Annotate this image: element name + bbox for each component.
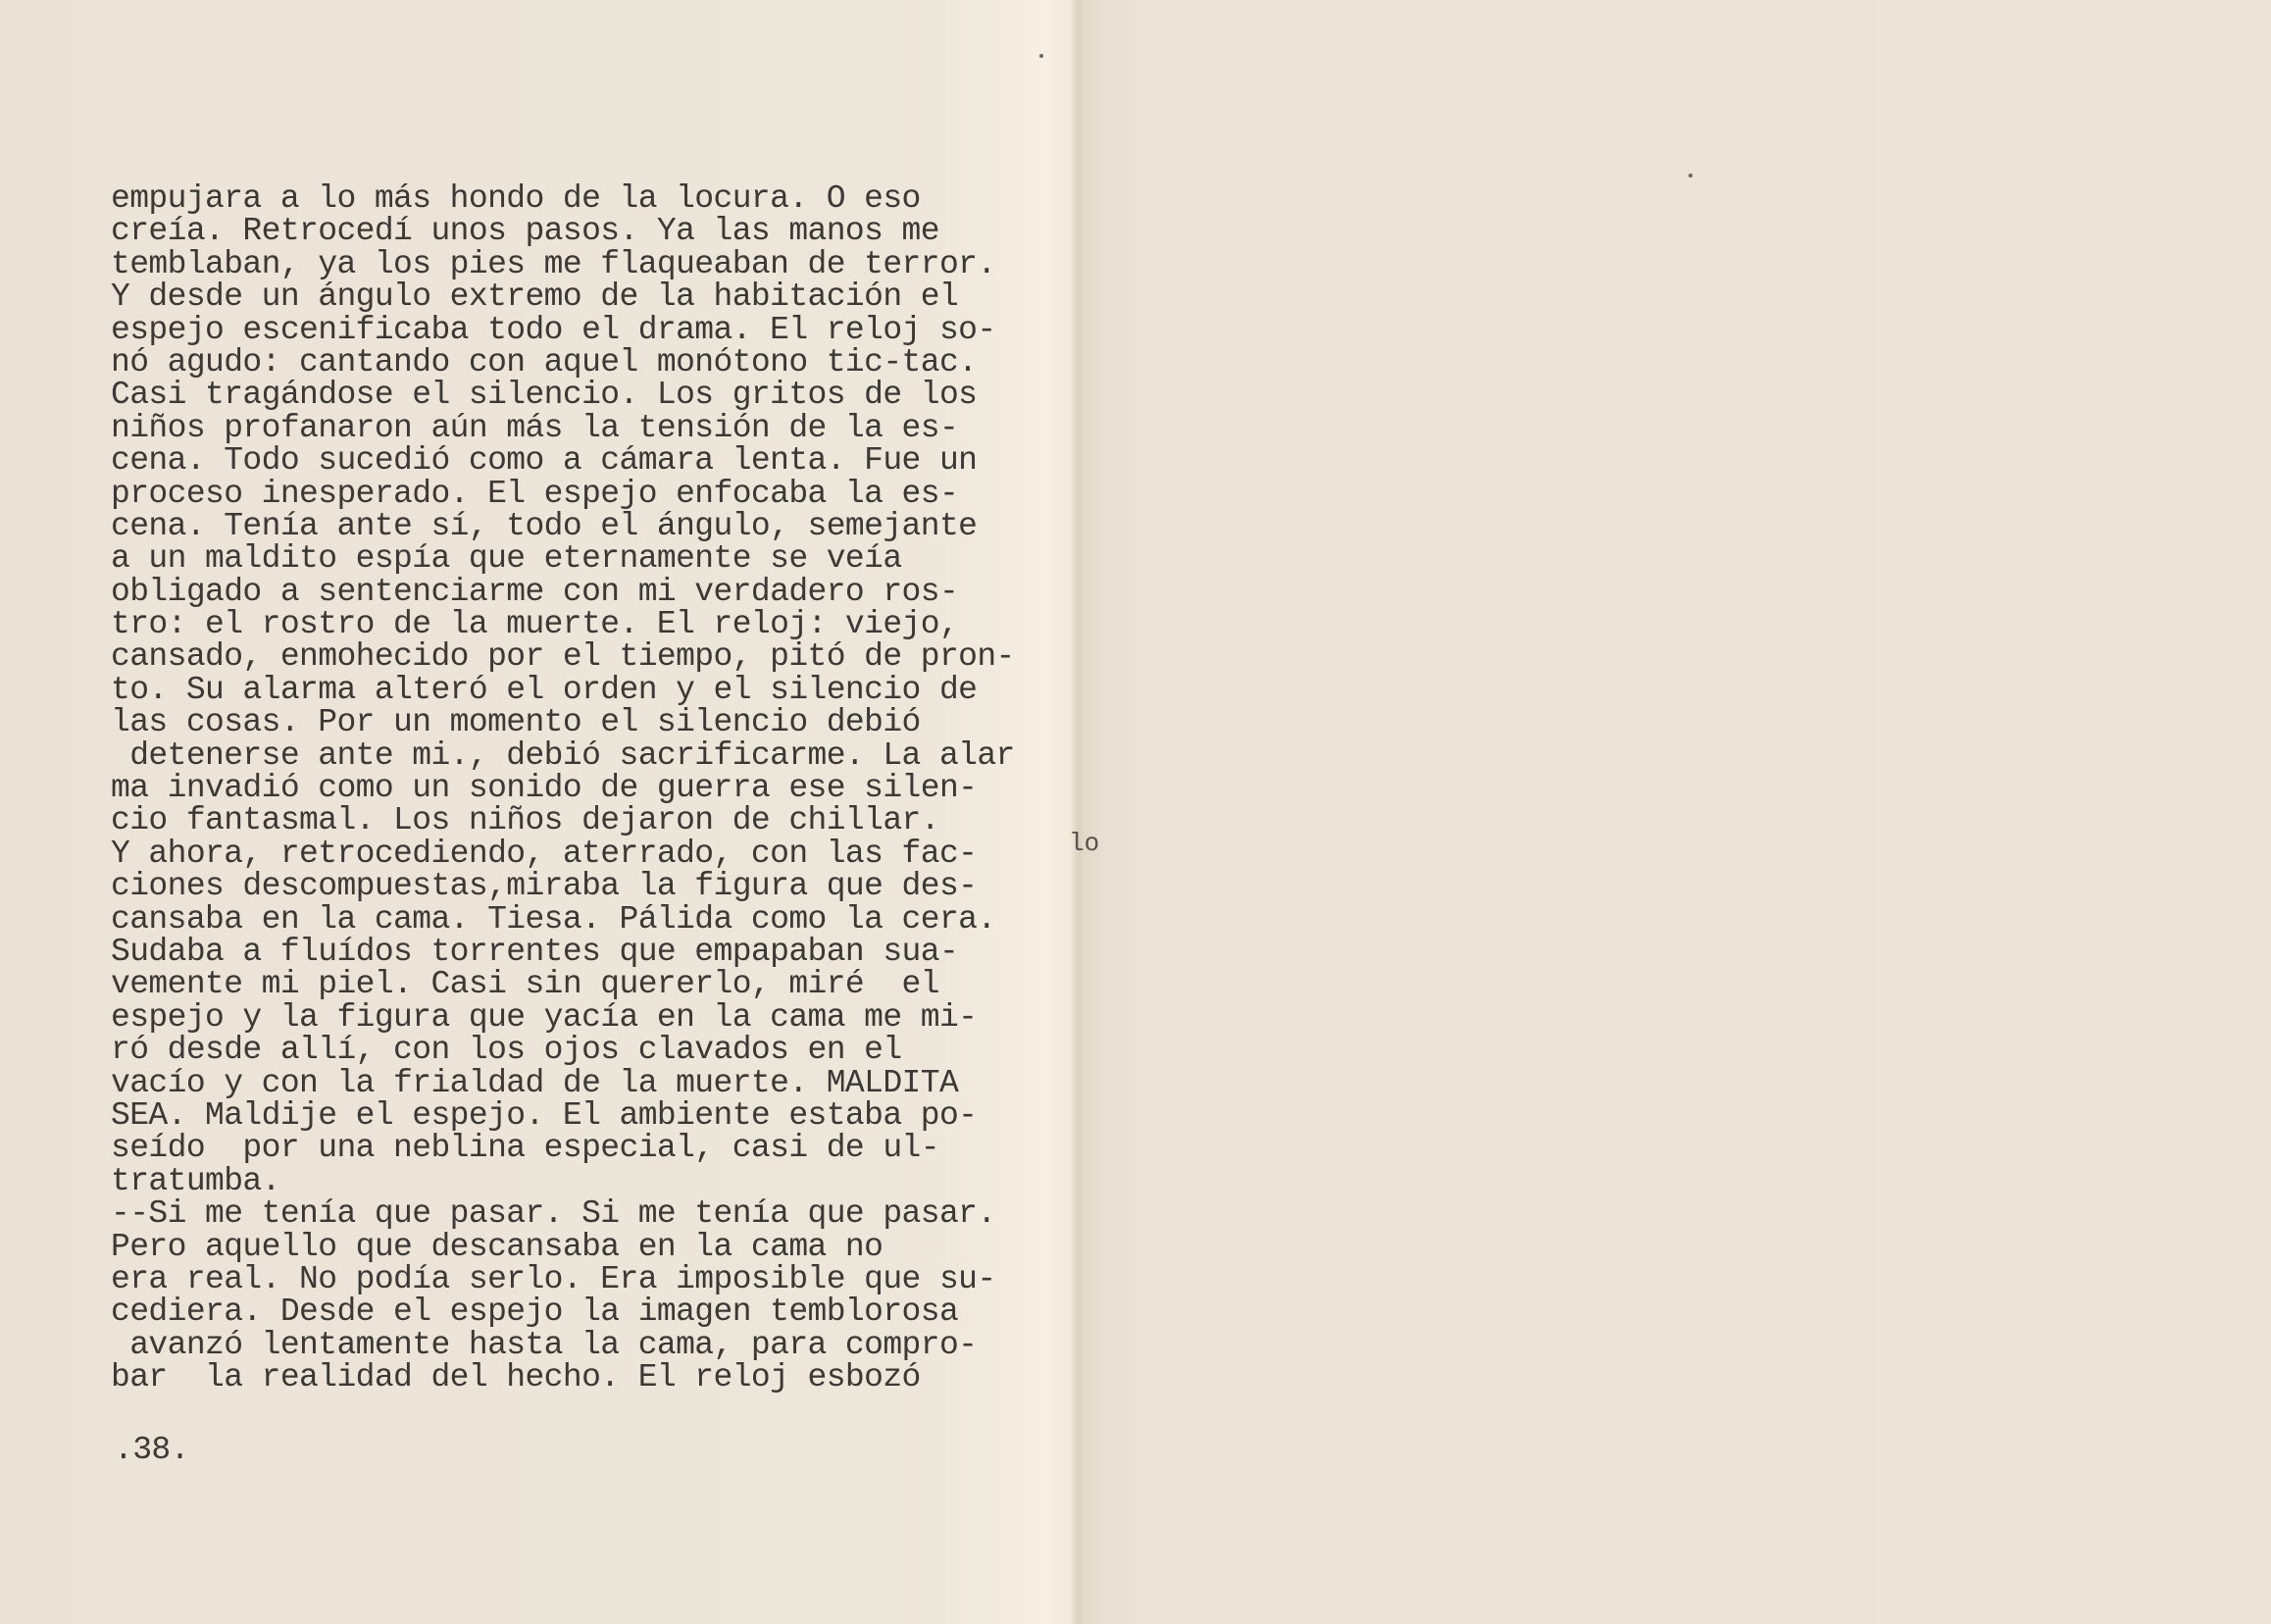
- text-line: cansado, enmohecido por el tiempo, pitó …: [111, 640, 1015, 673]
- left-page-text: empujara a lo más hondo de la locura. O …: [111, 182, 1015, 1394]
- text-line: cena. Todo sucedió como a cámara lenta. …: [111, 444, 1015, 477]
- text-line: cio fantasmal. Los niños dejaron de chil…: [111, 804, 1015, 837]
- book-gutter: [1071, 0, 1085, 1624]
- text-line: a un maldito espía que eternamente se ve…: [111, 542, 1015, 575]
- text-line: Y ahora, retrocediendo, aterrado, con la…: [111, 837, 1015, 870]
- text-line: SEA. Maldije el espejo. El ambiente esta…: [111, 1099, 1015, 1132]
- text-line: proceso inesperado. El espejo enfocaba l…: [111, 478, 1015, 510]
- text-line: Casi tragándose el silencio. Los gritos …: [111, 379, 1015, 411]
- page-number-left: .38.: [114, 1432, 189, 1468]
- text-line: ma invadió como un sonido de guerra ese …: [111, 772, 1015, 804]
- text-line: era real. No podía serlo. Era imposible …: [111, 1263, 1015, 1295]
- right-page: otro tic-tac, ya cansado, ya estropeado.…: [1079, 0, 2271, 1624]
- text-line: creía. Retrocedí unos pasos. Ya las mano…: [111, 215, 1015, 247]
- text-line: detenerse ante mi., debió sacrificarme. …: [111, 739, 1015, 772]
- text-line: Y desde un ángulo extremo de la habitaci…: [111, 280, 1015, 313]
- text-line: bar la realidad del hecho. El reloj esbo…: [111, 1361, 1015, 1394]
- text-line: cansaba en la cama. Tiesa. Pálida como l…: [111, 903, 1015, 936]
- text-line: Pero aquello que descansaba en la cama n…: [111, 1231, 1015, 1263]
- text-line: vemente mi piel. Casi sin quererlo, miré…: [111, 968, 1015, 1000]
- text-line: seído por una neblina especial, casi de …: [111, 1132, 1015, 1164]
- text-line: tratumba.: [111, 1165, 1015, 1197]
- text-line: ciones descompuestas,miraba la figura qu…: [111, 870, 1015, 902]
- text-line: ró desde allí, con los ojos clavados en …: [111, 1034, 1015, 1066]
- text-line: obligado a sentenciarme con mi verdadero…: [111, 576, 1015, 608]
- text-line: vacío y con la frialdad de la muerte. MA…: [111, 1067, 1015, 1099]
- text-line: espejo escenificaba todo el drama. El re…: [111, 314, 1015, 346]
- text-line: cena. Tenía ante sí, todo el ángulo, sem…: [111, 510, 1015, 542]
- text-line: to. Su alarma alteró el orden y el silen…: [111, 674, 1015, 706]
- gutter-note: lo: [1069, 829, 1099, 858]
- text-line: --Si me tenía que pasar. Si me tenía que…: [111, 1197, 1015, 1230]
- text-line: las cosas. Por un momento el silencio de…: [111, 706, 1015, 738]
- text-line: temblaban, ya los pies me flaqueaban de …: [111, 248, 1015, 280]
- text-line: nó agudo: cantando con aquel monótono ti…: [111, 346, 1015, 379]
- left-page: empujara a lo más hondo de la locura. O …: [0, 0, 1079, 1624]
- text-line: avanzó lentamente hasta la cama, para co…: [111, 1329, 1015, 1361]
- text-line: Sudaba a fluídos torrentes que empapaban…: [111, 936, 1015, 968]
- text-line: niños profanaron aún más la tensión de l…: [111, 412, 1015, 444]
- text-line: cediera. Desde el espejo la imagen tembl…: [111, 1295, 1015, 1328]
- text-line: empujara a lo más hondo de la locura. O …: [111, 182, 1015, 215]
- text-line: tro: el rostro de la muerte. El reloj: v…: [111, 608, 1015, 640]
- stray-mark: [1039, 54, 1043, 58]
- text-line: espejo y la figura que yacía en la cama …: [111, 1001, 1015, 1034]
- stray-mark: [1689, 174, 1692, 178]
